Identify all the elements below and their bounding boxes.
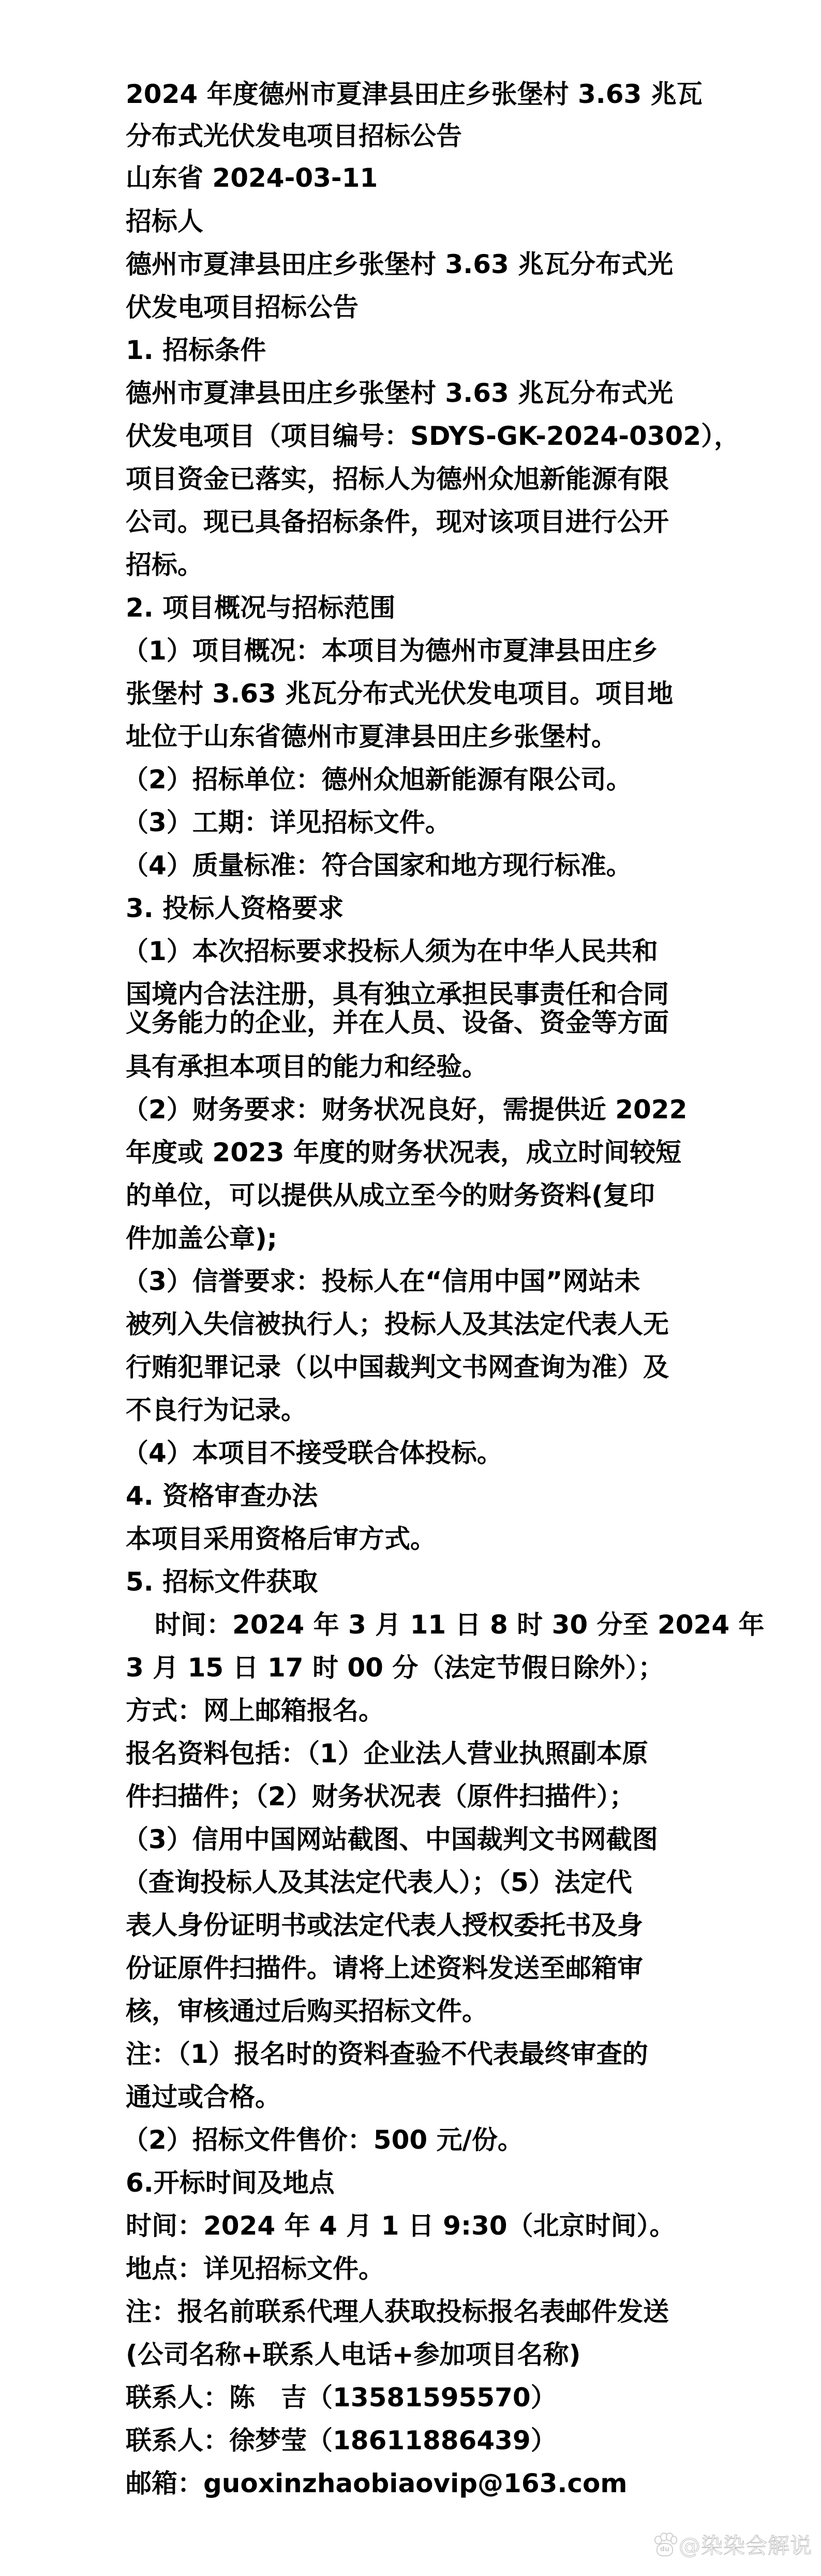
baidu-paw-icon: du [653, 2533, 676, 2556]
text-line: （1）本次招标要求投标人须为在中华人民共和 [123, 935, 658, 968]
text-line: 不良行为记录。 [126, 1394, 307, 1427]
text-line: 具有承担本项目的能力和经验。 [126, 1050, 488, 1083]
text-line: 件加盖公章); [126, 1222, 277, 1255]
watermark-text: @染染会解说 [679, 2529, 812, 2560]
text-line: 项目资金已落实，招标人为德州众旭新能源有限 [126, 462, 669, 496]
text-line: 5. 招标文件获取 [126, 1565, 318, 1598]
text-line: 被列入失信被执行人；投标人及其法定代表人无 [126, 1308, 669, 1341]
text-line: 3 月 15 日 17 时 00 分（法定节假日除外）； [126, 1651, 664, 1684]
text-line: 件扫描件；（2）财务状况表（原件扫描件）； [126, 1780, 635, 1813]
text-line: 伏发电项目（项目编号：SDYS-GK-2024-0302）， [126, 420, 740, 453]
text-line: 注：（1）报名时的资料查验不代表最终审查的 [126, 2038, 648, 2071]
text-line: 注：报名前联系代理人获取投标报名表邮件发送 [126, 2295, 669, 2328]
text-line: （3）信誉要求：投标人在“信用中国”网站未 [123, 1265, 640, 1298]
text-line: (公司名称+联系人电话+参加项目名称) [126, 2338, 581, 2371]
text-line: 年度或 2023 年度的财务状况表，成立时间较短 [126, 1136, 681, 1169]
text-line: （3）信用中国网站截图、中国裁判文书网截图 [123, 1823, 658, 1856]
text-line: 邮箱：guoxinzhaobiaovip@163.com [126, 2467, 628, 2500]
text-line: 本项目采用资格后审方式。 [126, 1522, 436, 1555]
text-line: 时间：2024 年 3 月 11 日 8 时 30 分至 2024 年 [155, 1608, 765, 1641]
text-line: （2）招标单位：德州众旭新能源有限公司。 [123, 763, 632, 796]
text-line: （2）财务要求：财务状况良好，需提供近 2022 [123, 1093, 687, 1126]
text-line: 山东省 2024-03-11 [126, 161, 378, 194]
text-line: 招标人 [126, 205, 203, 238]
text-line: 联系人：徐梦莹（18611886439） [126, 2424, 557, 2457]
text-line: （4）质量标准：符合国家和地方现行标准。 [123, 849, 632, 882]
text-line: 通过或合格。 [126, 2080, 281, 2114]
text-line: 报名资料包括：（1）企业法人营业执照副本原 [126, 1737, 648, 1770]
text-line: （2）招标文件售价：500 元/份。 [123, 2123, 524, 2156]
text-line: 联系人：陈 吉（13581595570） [126, 2381, 557, 2414]
text-line: 分布式光伏发电项目招标公告 [126, 119, 462, 153]
text-line: 招标。 [126, 548, 203, 581]
text-line: 伏发电项目招标公告 [126, 291, 359, 324]
text-line: 地点：详见招标文件。 [126, 2252, 384, 2285]
text-line: 义务能力的企业，并在人员、设备、资金等方面 [126, 1006, 669, 1039]
watermark-icon-label: du [656, 2543, 673, 2556]
text-line: 3. 投标人资格要求 [126, 892, 344, 925]
watermark: du @染染会解说 [653, 2531, 812, 2558]
text-line: 4. 资格审查办法 [126, 1479, 318, 1512]
text-line: 2024 年度德州市夏津县田庄乡张堡村 3.63 兆瓦 [126, 78, 703, 111]
text-line: 6.开标时间及地点 [126, 2166, 335, 2199]
text-line: 2. 项目概况与招标范围 [126, 591, 395, 624]
text-line: 行贿犯罪记录（以中国裁判文书网查询为准）及 [126, 1351, 669, 1384]
text-line: （3）工期：详见招标文件。 [123, 806, 451, 839]
text-line: （查询投标人及其法定代表人）；（5）法定代 [123, 1866, 632, 1899]
text-line: （4）本项目不接受联合体投标。 [123, 1436, 503, 1470]
text-line: 核，审核通过后购买招标文件。 [126, 1995, 488, 2028]
text-line: 时间：2024 年 4 月 1 日 9:30（北京时间）。 [126, 2209, 676, 2242]
text-line: 张堡村 3.63 兆瓦分布式光伏发电项目。项目地 [126, 677, 673, 710]
text-line: 表人身份证明书或法定代表人授权委托书及身 [126, 1909, 643, 1942]
text-line: 址位于山东省德州市夏津县田庄乡张堡村。 [126, 720, 617, 753]
text-line: 1. 招标条件 [126, 334, 266, 367]
text-line: 份证原件扫描件。请将上述资料发送至邮箱审 [126, 1952, 643, 1985]
text-line: 公司。现已具备招标条件，现对该项目进行公开 [126, 505, 669, 538]
text-line: 的单位，可以提供从成立至今的财务资料(复印 [126, 1179, 655, 1212]
text-line: 方式：网上邮箱报名。 [126, 1694, 384, 1727]
text-line: 德州市夏津县田庄乡张堡村 3.63 兆瓦分布式光 [126, 248, 673, 281]
text-line: 德州市夏津县田庄乡张堡村 3.63 兆瓦分布式光 [126, 377, 673, 410]
text-line: （1）项目概况：本项目为德州市夏津县田庄乡 [123, 634, 658, 667]
